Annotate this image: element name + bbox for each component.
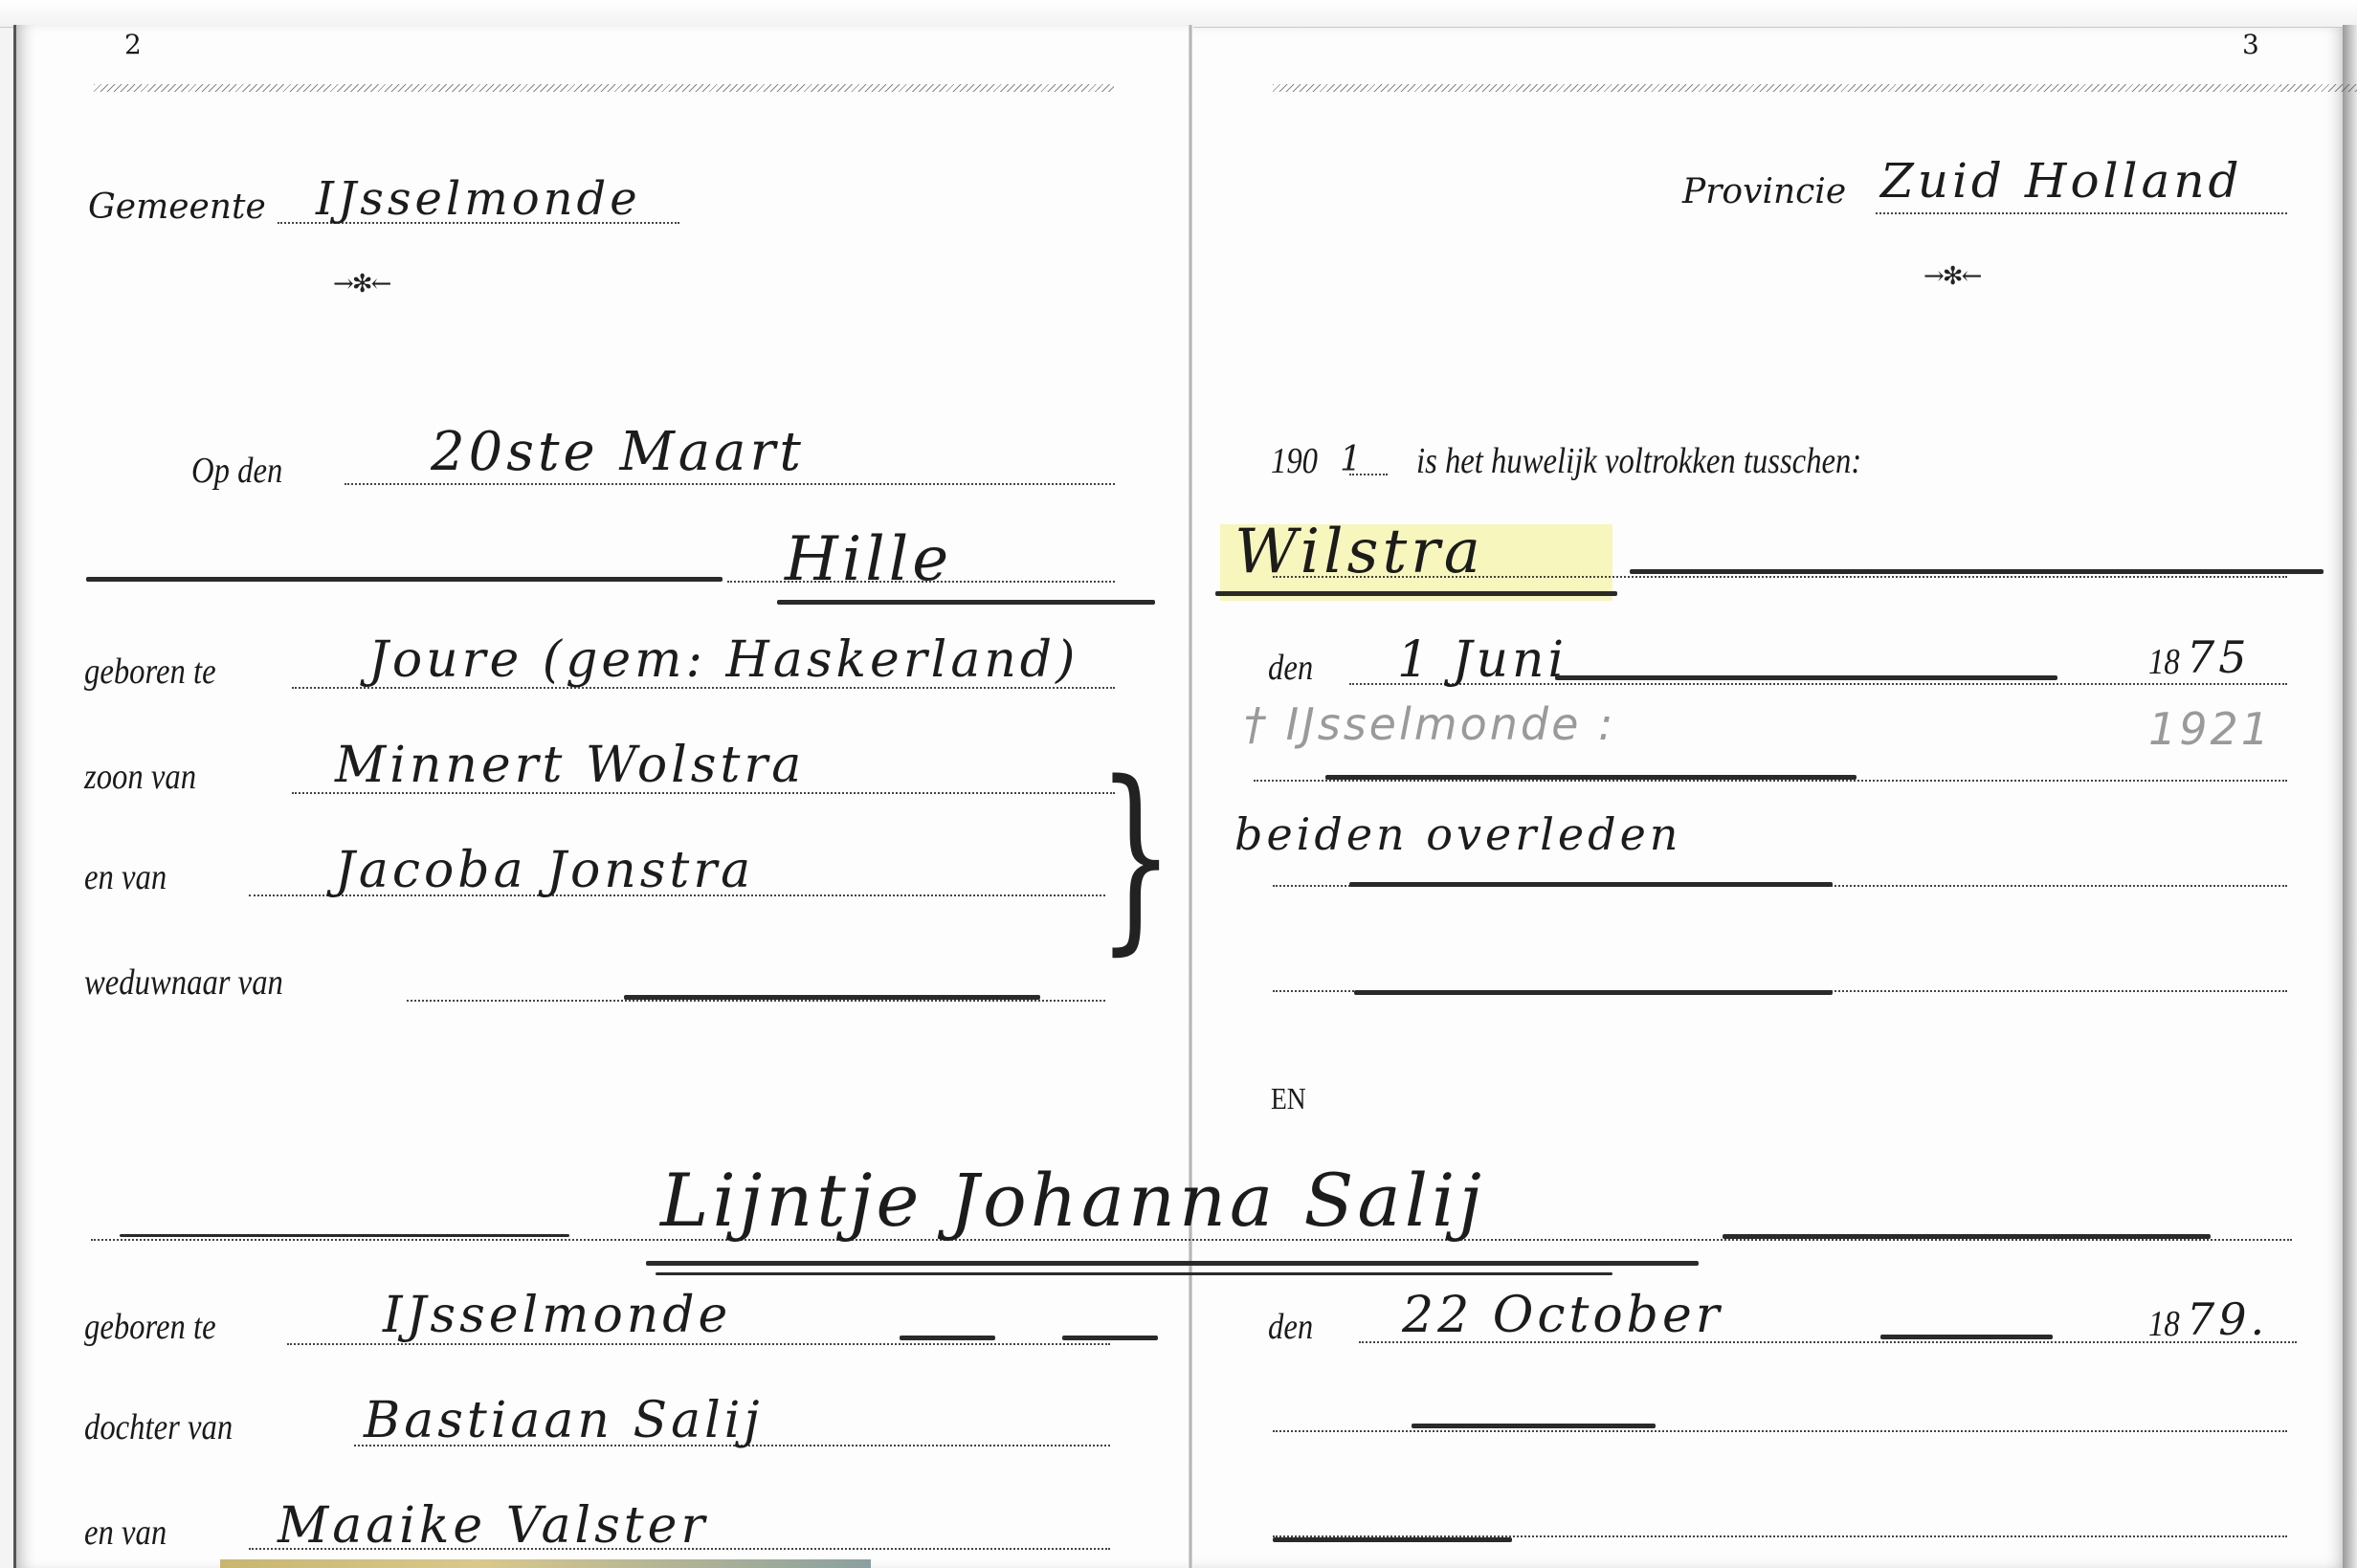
- scan-bottom-photo-edge: [220, 1559, 871, 1568]
- left-zigzag-rule: [94, 84, 1114, 92]
- weduwnaar-blank-bar: [624, 995, 1040, 1000]
- weduwnaar-van-label: weduwnaar van: [84, 961, 283, 1004]
- pencil-death-note: † IJsselmonde :: [1244, 698, 1616, 750]
- left-page-number: 2: [124, 29, 142, 60]
- geboren-te-label: geboren te: [84, 651, 216, 693]
- bride-name-trailing-bar: [1723, 1234, 2211, 1239]
- parents-note: beiden overleden: [1234, 808, 1681, 860]
- provincie-value: Zuid Holland: [1880, 153, 2243, 209]
- groom-surname-dotted-line: [1273, 576, 2287, 578]
- bride-birthplace: IJsselmonde: [383, 1287, 731, 1344]
- bride-line-3-bar: [1273, 1537, 1512, 1542]
- provincie-dotted-line: [1876, 212, 2287, 214]
- groom-first-name: Hille: [785, 524, 952, 595]
- blank-bar: [86, 577, 723, 582]
- bride-full-name: Lijntje Johanna Salij: [660, 1158, 1485, 1243]
- married-text: is het huwelijk voltrokken tusschen:: [1416, 440, 1861, 482]
- year-dotted-line: [1349, 474, 1388, 475]
- groom-year-prefix: 18: [2148, 641, 2180, 683]
- groom-birth-date: 1 Juni: [1397, 631, 1568, 689]
- dochter-van-label: dochter van: [84, 1406, 233, 1448]
- en-label: EN: [1271, 1081, 1306, 1116]
- groom-surname-underline: [1215, 591, 1617, 596]
- bride-geboren-te-label: geboren te: [84, 1306, 216, 1348]
- ornament-icon-right: →✻←: [1923, 262, 1980, 291]
- groom-father: Minnert Wolstra: [335, 737, 805, 794]
- scan-top-edge: [0, 0, 2357, 28]
- weduwnaar-dotted-line: [407, 1000, 1105, 1002]
- right-zigzag-rule: [1273, 84, 2357, 92]
- groom-surname-trailing-bar: [1630, 569, 2324, 574]
- bride-blank-bar: [120, 1234, 569, 1237]
- groom-birthplace: Joure (gem: Haskerland): [368, 631, 1078, 689]
- gemeente-label: Gemeente: [88, 188, 266, 227]
- bride-father: Bastiaan Salij: [364, 1392, 763, 1449]
- groom-mother: Jacoba Jonstra: [335, 842, 754, 899]
- groom-line-4-bar: [1354, 990, 1833, 995]
- groom-birth-bar: [1555, 675, 2057, 680]
- bride-birth-bar-1: [900, 1336, 995, 1340]
- booklet-spine: [1189, 25, 1192, 1568]
- gemeente-value: IJsselmonde: [316, 172, 641, 226]
- bride-den-label: den: [1268, 1306, 1313, 1348]
- marriage-booklet: 2 Gemeente IJsselmonde →✻← Op den 20ste …: [0, 0, 2357, 1568]
- groom-year-suffix: 75: [2187, 631, 2251, 683]
- bride-year-suffix: 79.: [2187, 1293, 2268, 1345]
- bride-name-underline: [646, 1261, 1699, 1266]
- bride-line-2-bar: [1412, 1424, 1656, 1428]
- groom-line-2-bar: [1325, 775, 1857, 780]
- bride-line-2-dotted: [1273, 1430, 2287, 1432]
- bride-year-prefix: 18: [2148, 1303, 2180, 1345]
- bride-birth-date-bar: [1880, 1335, 2053, 1339]
- parents-brace-icon: }: [1098, 756, 1174, 957]
- ornament-icon: →✻←: [333, 270, 389, 298]
- op-den-dotted-line: [345, 483, 1115, 485]
- bride-birth-date: 22 October: [1402, 1287, 1723, 1344]
- zoon-van-label: zoon van: [84, 756, 196, 798]
- bride-birth-bar-2: [1062, 1336, 1158, 1340]
- bride-name-underline-2: [656, 1272, 1612, 1275]
- provincie-label: Provincie: [1682, 172, 1846, 211]
- op-den-value: 20ste Maart: [431, 421, 805, 483]
- op-den-label: Op den: [191, 450, 282, 492]
- bride-en-van-label: en van: [84, 1512, 167, 1554]
- year-prefix: 190: [1271, 440, 1318, 482]
- groom-line-3-bar: [1349, 882, 1833, 887]
- pencil-death-year: 1921: [2148, 703, 2272, 755]
- groom-den-label: den: [1268, 647, 1313, 689]
- bride-mother: Maaike Valster: [278, 1497, 708, 1555]
- groom-name-underline: [777, 600, 1155, 605]
- groom-line-2-dotted: [1254, 780, 2287, 782]
- en-van-label: en van: [84, 856, 167, 898]
- right-page-number: 3: [2242, 29, 2259, 60]
- right-page-edge: [2343, 25, 2357, 1568]
